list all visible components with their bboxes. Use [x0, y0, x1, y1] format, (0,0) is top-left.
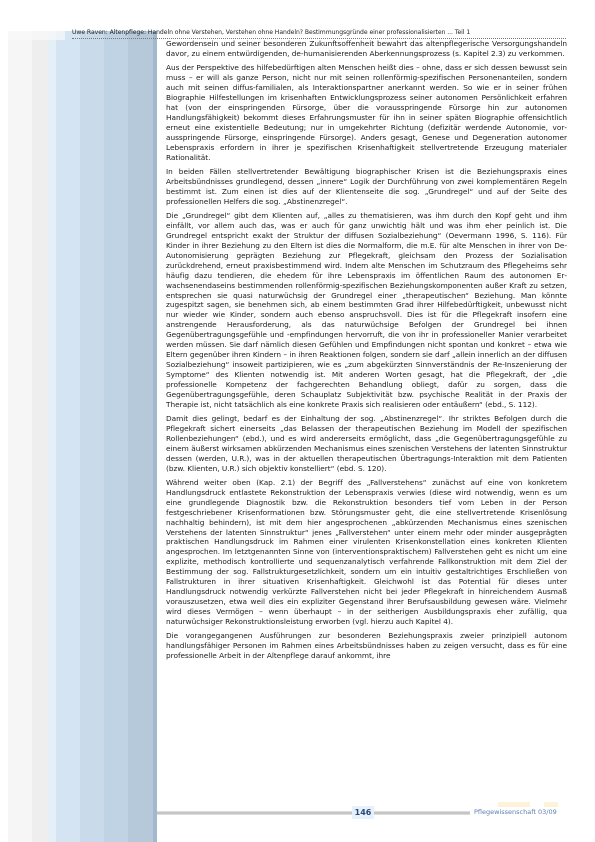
paragraph: Aus der Perspektive des hilfebedürftigen… — [166, 63, 567, 162]
footer-rule — [157, 811, 470, 815]
margin-stripe — [48, 31, 56, 842]
paragraph: Die vorangegangenen Ausführungen zur bes… — [166, 631, 567, 661]
margin-rule — [153, 31, 157, 842]
margin-stripe — [32, 31, 48, 842]
margin-stripe — [56, 31, 80, 842]
article-body: Gewordensein und seiner besonderen Zukun… — [166, 39, 567, 666]
decorative-margin-stripes — [8, 31, 157, 842]
running-header: Uwe Raven: Altenpflege: Handeln ohne Ver… — [72, 29, 566, 39]
paragraph: In beiden Fällen stellvertretender Bewäl… — [166, 167, 567, 207]
margin-stripe — [8, 31, 32, 842]
page-number: 146 — [352, 806, 374, 819]
paragraph: Damit dies gelingt, bedarf es der Einhal… — [166, 414, 567, 473]
journal-name: Pflegewissenschaft 03/09 — [474, 807, 557, 817]
paragraph: Die „Grundregel“ gibt dem Klienten auf, … — [166, 211, 567, 409]
paragraph: Gewordensein und seiner besonderen Zukun… — [166, 39, 567, 59]
margin-stripe — [104, 31, 128, 842]
margin-top-fade — [8, 31, 65, 40]
margin-stripe — [128, 31, 153, 842]
paragraph: Während weiter oben (Kap. 2.1) der Begri… — [166, 478, 567, 627]
margin-stripe — [80, 31, 104, 842]
